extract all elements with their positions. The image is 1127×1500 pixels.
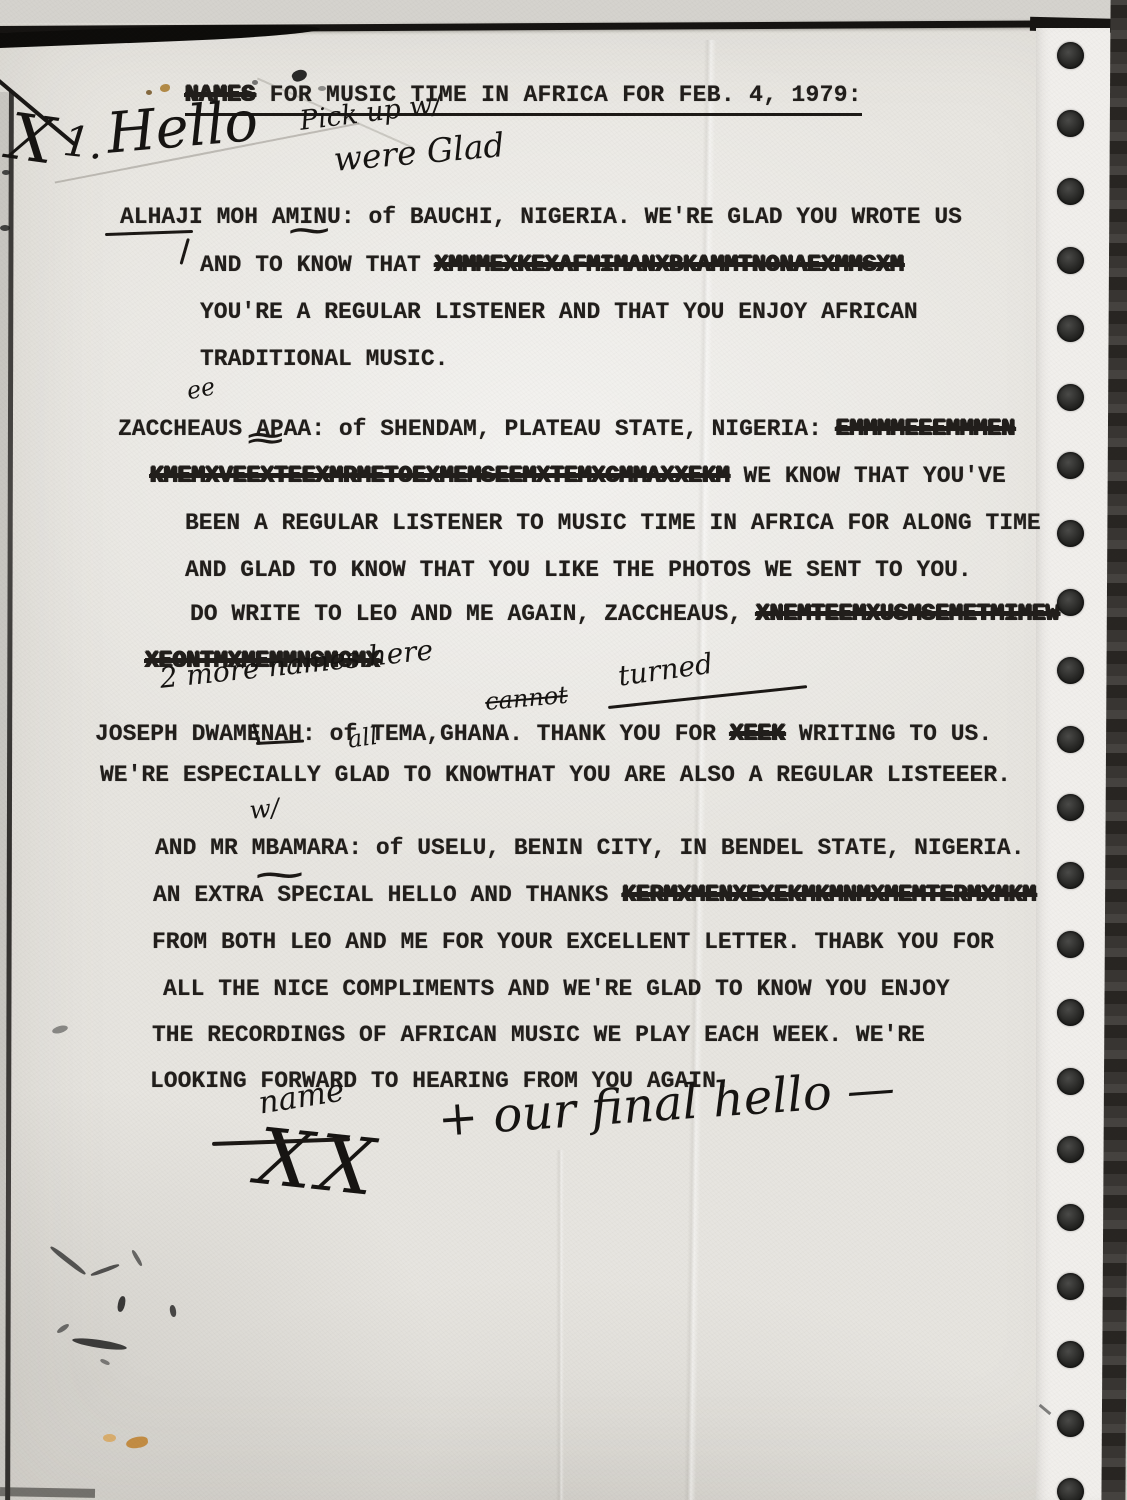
scanner-top-strip xyxy=(0,0,1127,23)
punch-hole xyxy=(1057,999,1084,1026)
typed-text: AND GLAD TO KNOW THAT YOU LIKE THE PHOTO… xyxy=(185,557,972,583)
typed-text: WE'RE ESPECIALLY GLAD TO KNOWTHAT YOU AR… xyxy=(100,762,1011,788)
document-title: NAMES FOR MUSIC TIME IN AFRICA FOR FEB. … xyxy=(185,82,862,116)
typed-text: YOU'RE A REGULAR LISTENER AND THAT YOU E… xyxy=(200,299,918,325)
punch-hole xyxy=(1057,110,1084,137)
stain-mark xyxy=(103,1434,116,1442)
typed-text: FROM BOTH LEO AND ME FOR YOUR EXCELLENT … xyxy=(152,929,994,955)
typed-text: THE RECORDINGS OF AFRICAN MUSIC WE PLAY … xyxy=(152,1022,925,1048)
handwritten-all-mark: all xyxy=(346,722,379,754)
zaccheaus-apaa-line: BEEN A REGULAR LISTENER TO MUSIC TIME IN… xyxy=(185,510,1041,536)
punch-hole xyxy=(1057,1478,1084,1500)
alhaji-moh-aminu-line: AND TO KNOW THAT XMMMEXKEXAFMIMANXBKAMMT… xyxy=(200,252,904,278)
punch-hole xyxy=(1057,657,1084,684)
ink-speck xyxy=(318,86,326,91)
stain-mark xyxy=(146,90,152,95)
paper-crease-vertical-2 xyxy=(556,1150,564,1500)
punch-hole xyxy=(1057,520,1084,547)
typed-text: WE KNOW THAT YOU'VE xyxy=(730,463,1006,489)
typed-text: DO WRITE TO LEO AND ME AGAIN, ZACCHEAUS, xyxy=(190,601,756,627)
ink-speck xyxy=(252,80,258,85)
punch-hole xyxy=(1057,1273,1084,1300)
edge-speck xyxy=(0,225,10,231)
punch-hole xyxy=(1057,1068,1084,1095)
punch-hole xyxy=(1057,315,1084,342)
punch-hole xyxy=(1057,247,1084,274)
typed-text: JOSEPH DWAMENAH: of TEMA,GHANA. THANK YO… xyxy=(95,721,730,747)
typed-text: AN EXTRA SPECIAL HELLO AND THANKS xyxy=(153,882,622,908)
wavy-underline-apaa: ≈ xyxy=(243,424,288,452)
typed-text: TRADITIONAL MUSIC. xyxy=(200,346,448,372)
punch-hole xyxy=(1057,178,1084,205)
zaccheaus-apaa-line: KMEMXVEEXTEEXMRMETOEXMEMSEEMXTEMXCMMAXXE… xyxy=(150,463,1006,489)
mr-mbamara-line: THE RECORDINGS OF AFRICAN MUSIC WE PLAY … xyxy=(152,1022,925,1048)
alhaji-moh-aminu-line: TRADITIONAL MUSIC. xyxy=(200,346,448,372)
overstruck-text: XNEMTEEMXUSMSEMETMIMEW xyxy=(756,601,1060,627)
punch-hole xyxy=(1057,794,1084,821)
scanned-document-page: NAMES FOR MUSIC TIME IN AFRICA FOR FEB. … xyxy=(0,0,1127,1500)
alhaji-moh-aminu-line: ALHAJI MOH AMINU: of BAUCHI, NIGERIA. WE… xyxy=(120,204,962,230)
mr-mbamara-line: ALL THE NICE COMPLIMENTS AND WE'RE GLAD … xyxy=(163,976,950,1002)
overstruck-text: KMEMXVEEXTEEXMRMETOEXMEMSEEMXTEMXCMMAXXE… xyxy=(150,463,730,489)
joseph-dwamenah-line: JOSEPH DWAMENAH: of TEMA,GHANA. THANK YO… xyxy=(95,721,992,747)
punch-hole xyxy=(1057,589,1084,616)
handwritten-x-mark: X xyxy=(4,100,59,180)
typed-text: AND TO KNOW THAT xyxy=(200,252,435,278)
punch-hole xyxy=(1057,452,1084,479)
handwritten-xx-marks: XX xyxy=(253,1112,385,1214)
typed-text: BEEN A REGULAR LISTENER TO MUSIC TIME IN… xyxy=(185,510,1041,536)
handwritten-w-slash-mark: w/ xyxy=(248,793,281,825)
handwritten-number-mark: 1. xyxy=(61,116,106,169)
bottom-left-edge-shadow xyxy=(0,1487,95,1498)
handwritten-hello-note: Hello xyxy=(104,89,261,167)
punch-hole xyxy=(1057,931,1084,958)
punch-hole xyxy=(1057,1136,1084,1163)
typed-text: ALL THE NICE COMPLIMENTS AND WE'RE GLAD … xyxy=(163,976,950,1002)
zaccheaus-apaa-line: DO WRITE TO LEO AND ME AGAIN, ZACCHEAUS,… xyxy=(190,601,1060,627)
punch-hole xyxy=(1057,1204,1084,1231)
punch-hole xyxy=(1057,862,1084,889)
edge-speck xyxy=(2,170,10,175)
zaccheaus-apaa-line: AND GLAD TO KNOW THAT YOU LIKE THE PHOTO… xyxy=(185,557,972,583)
typed-text: ZACCHEAUS APAA: of SHENDAM, PLATEAU STAT… xyxy=(118,416,836,442)
punch-hole xyxy=(1057,726,1084,753)
overstruck-text: XEEK xyxy=(730,721,785,747)
wavy-underline-aminu: ~ xyxy=(284,216,334,246)
joseph-dwamenah-line: WE'RE ESPECIALLY GLAD TO KNOWTHAT YOU AR… xyxy=(100,762,1011,788)
punch-hole xyxy=(1057,1341,1084,1368)
punch-hole xyxy=(1057,42,1084,69)
alhaji-moh-aminu-line: YOU'RE A REGULAR LISTENER AND THAT YOU E… xyxy=(200,299,918,325)
handwritten-ee-mark: ee xyxy=(184,372,218,405)
typed-text: ALHAJI MOH AMINU: of BAUCHI, NIGERIA. WE… xyxy=(120,204,962,230)
punch-hole xyxy=(1057,384,1084,411)
mr-mbamara-line: FROM BOTH LEO AND ME FOR YOUR EXCELLENT … xyxy=(152,929,994,955)
overstruck-text: XMMMEXKEXAFMIMANXBKAMMTNONAEXMMSXM xyxy=(435,252,904,278)
wavy-underline-mbamara: ~ xyxy=(250,858,309,890)
punch-hole xyxy=(1057,1410,1084,1437)
overstruck-text: EMMMMEEEMMMEN xyxy=(836,416,1015,442)
typed-text: WRITING TO US. xyxy=(785,721,992,747)
overstruck-text: KERMXMENXEXEKMKMNMXMEMTERMXMKM xyxy=(622,882,1036,908)
